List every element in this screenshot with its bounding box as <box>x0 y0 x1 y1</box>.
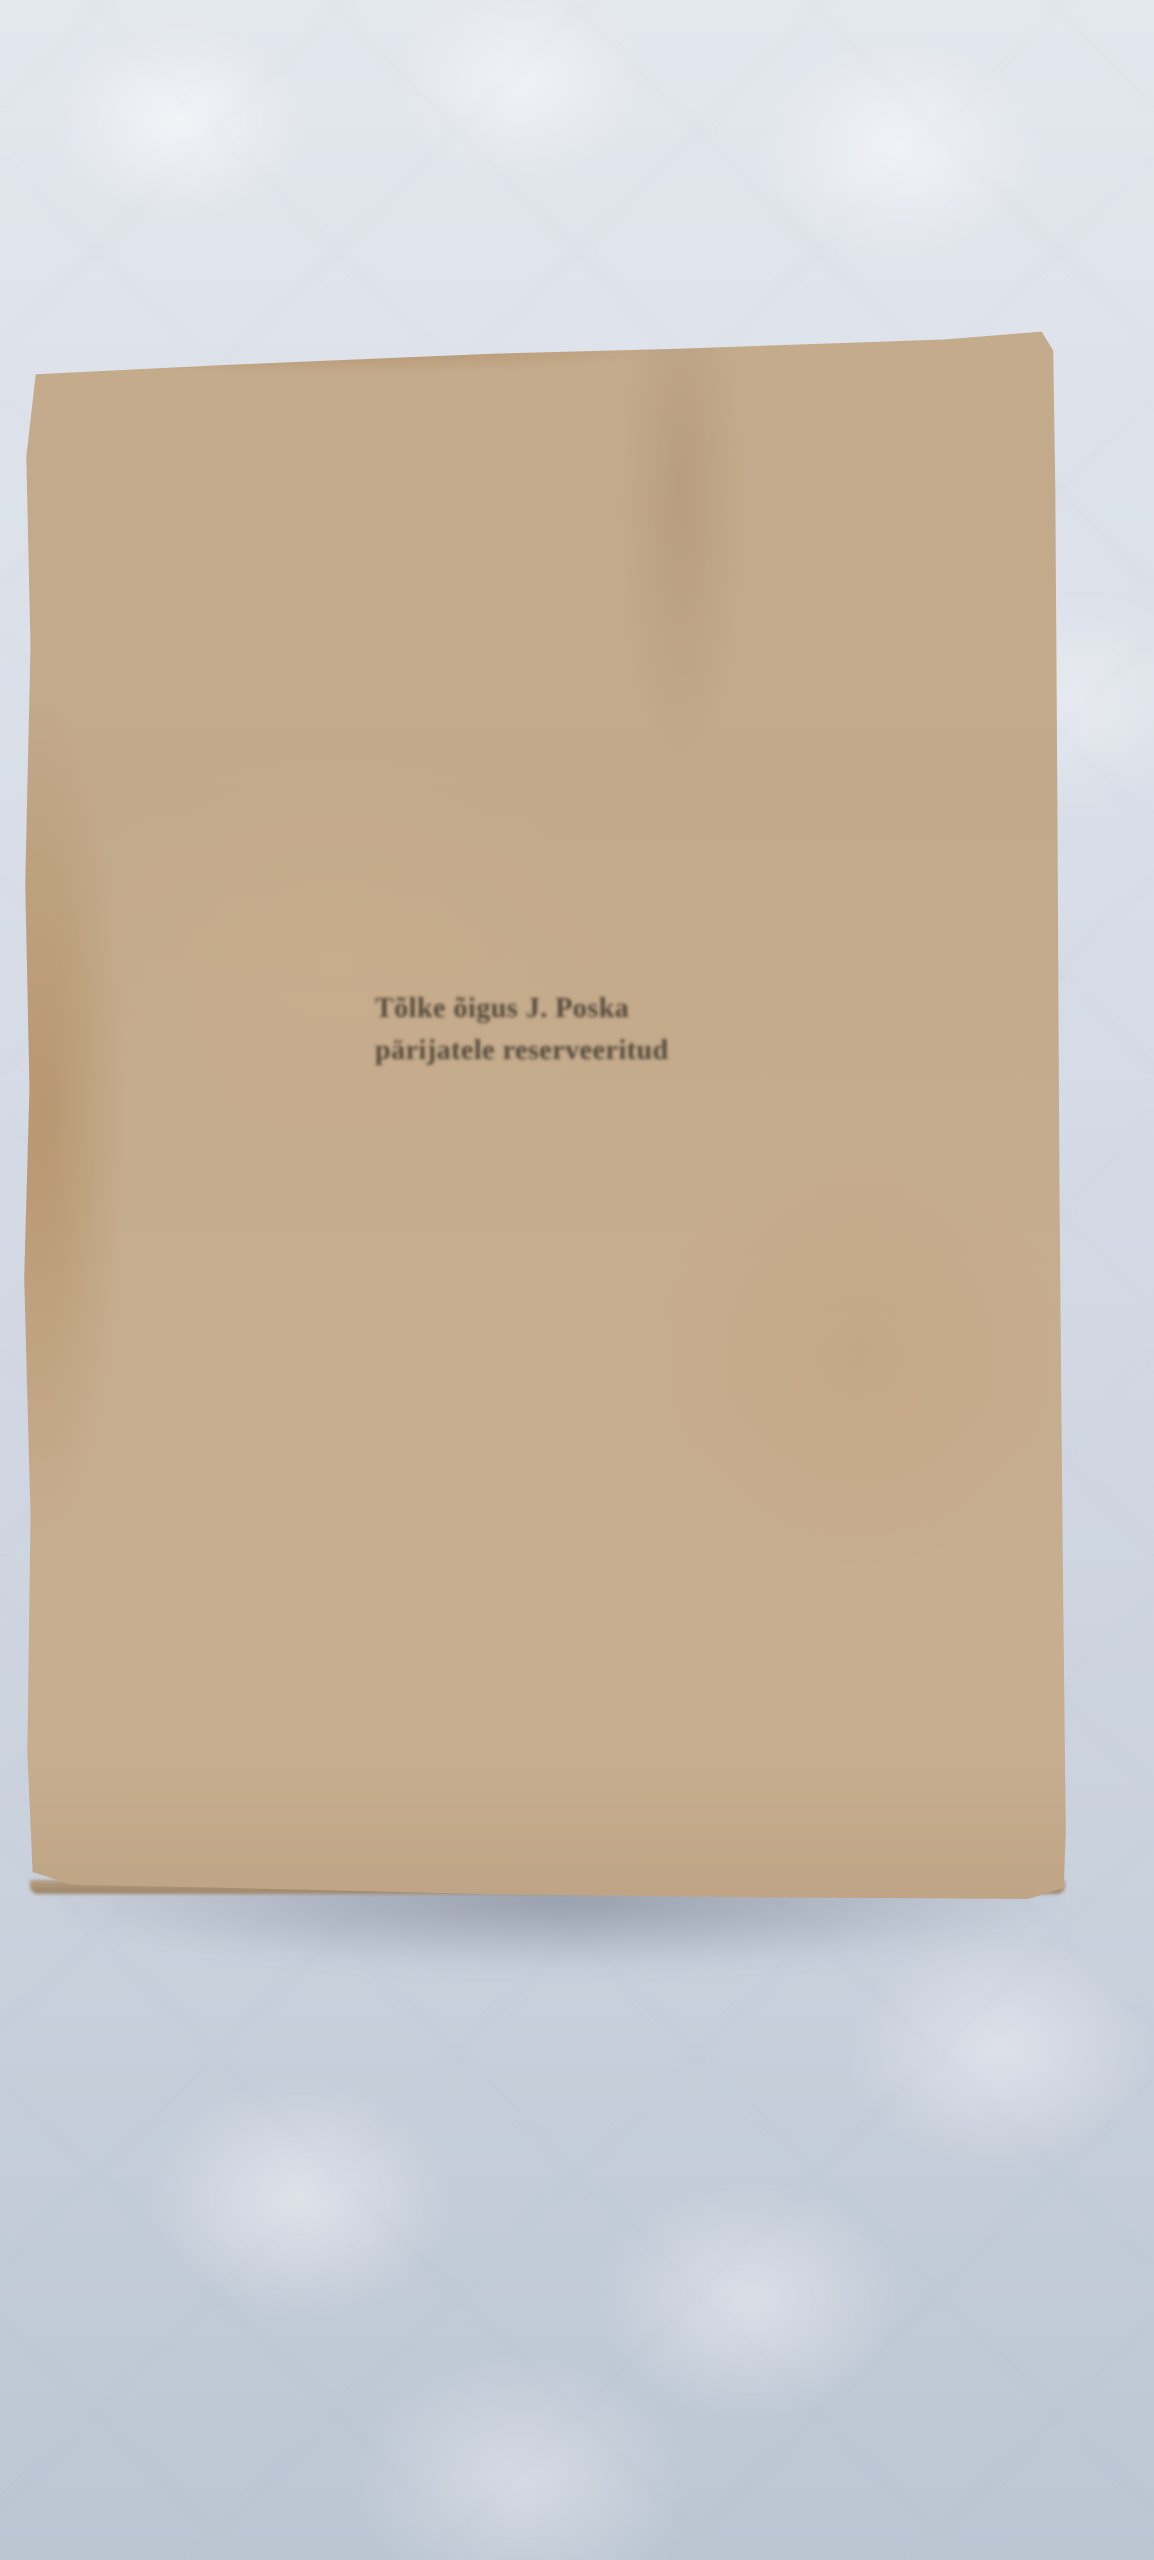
imprint-line-2: pärijatele reserveeritud <box>375 1030 815 1072</box>
copyright-imprint: Tõlke õigus J. Poska pärijatele reservee… <box>375 988 815 1072</box>
book-back-cover <box>20 330 1070 1910</box>
imprint-line-1: Tõlke õigus J. Poska <box>375 988 815 1030</box>
